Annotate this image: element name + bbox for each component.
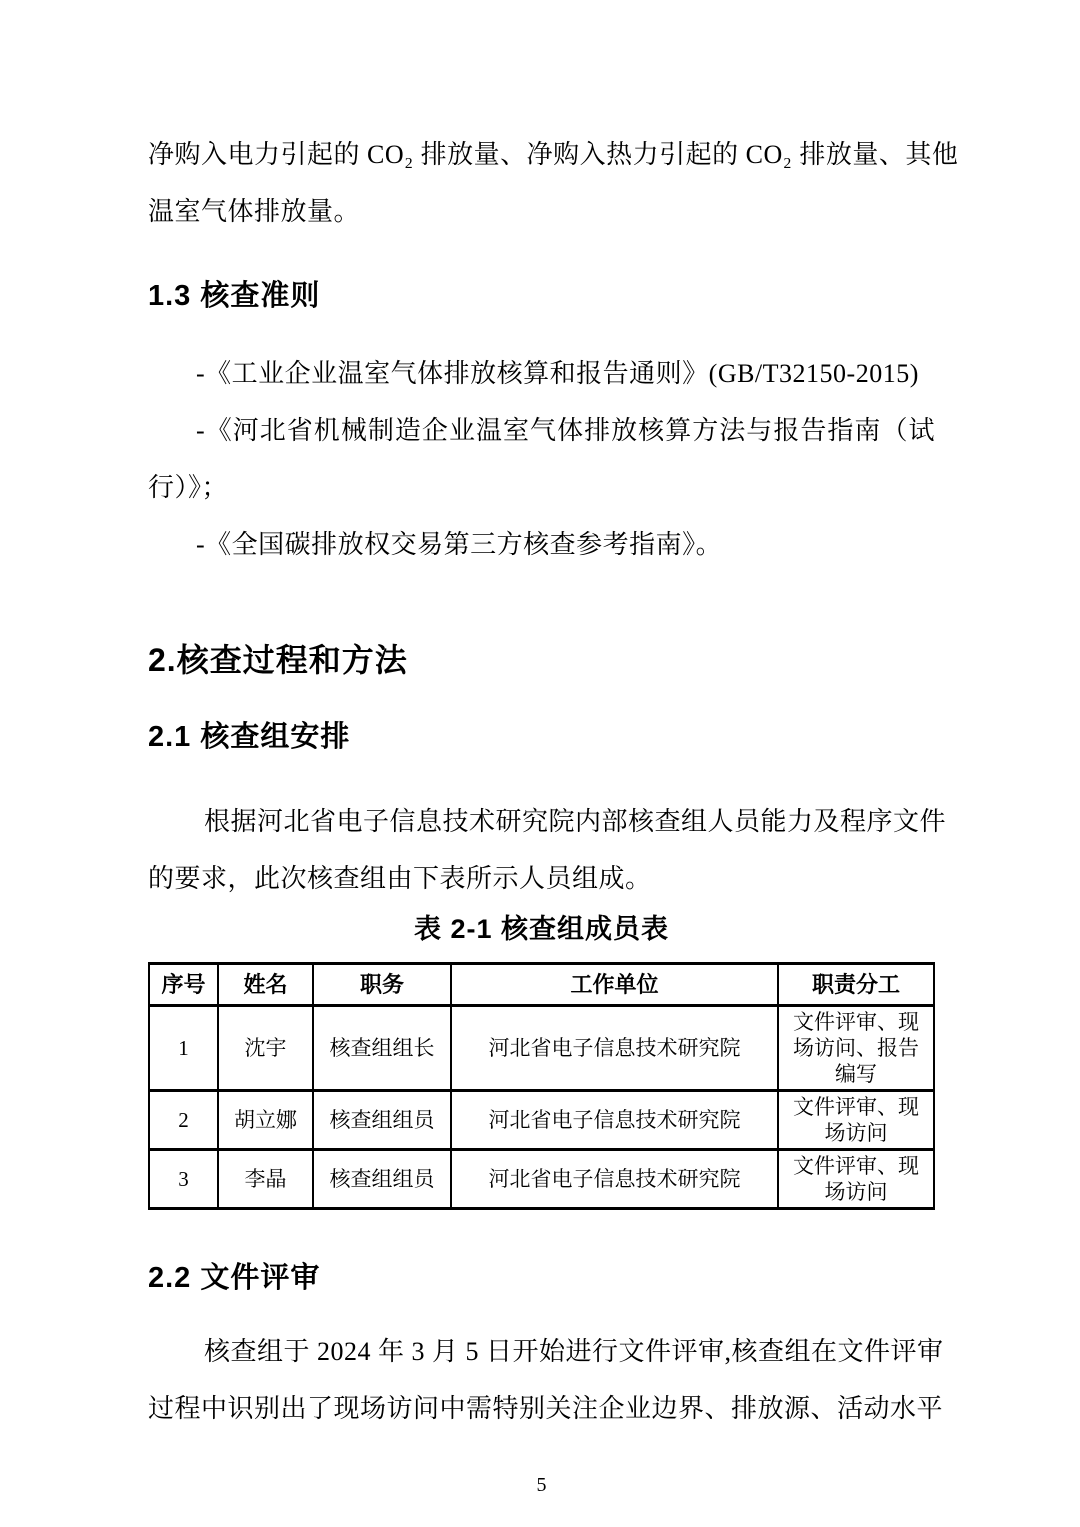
review-paragraph-line-2: 过程中识别出了现场访问中需特别关注企业边界、排放源、活动水平	[148, 1380, 935, 1437]
cell-duties: 文件评审、现场访问	[778, 1091, 934, 1150]
table-row: 2 胡立娜 核查组组员 河北省电子信息技术研究院 文件评审、现场访问	[149, 1091, 934, 1150]
document-page: 净购入电力引起的 CO₂ 排放量、净购入热力引起的 CO₂ 排放量、其他 温室气…	[0, 0, 1080, 1527]
section-heading-2-2: 2.2 文件评审	[148, 1260, 935, 1296]
section-heading-2-1: 2.1 核查组安排	[148, 719, 935, 755]
cell-name: 胡立娜	[218, 1091, 313, 1150]
intro-paragraph-line-2: 温室气体排放量。	[148, 183, 935, 240]
review-paragraph-line-1: 核查组于 2024 年 3 月 5 日开始进行文件评审,核查组在文件评审	[148, 1323, 935, 1380]
table-row: 1 沈宇 核查组组长 河北省电子信息技术研究院 文件评审、现场访问、报告编写	[149, 1006, 934, 1091]
cell-role: 核查组组员	[313, 1091, 451, 1150]
cell-role: 核查组组员	[313, 1150, 451, 1209]
cell-name: 李晶	[218, 1150, 313, 1209]
criteria-item-3: -《全国碳排放权交易第三方核查参考指南》。	[148, 516, 935, 573]
cell-index: 1	[149, 1006, 218, 1091]
intro-paragraph-line-1: 净购入电力引起的 CO₂ 排放量、净购入热力引起的 CO₂ 排放量、其他	[148, 126, 935, 183]
cell-organization: 河北省电子信息技术研究院	[451, 1150, 778, 1209]
header-cell-role: 职务	[313, 964, 451, 1006]
team-paragraph-line-2: 的要求，此次核查组由下表所示人员组成。	[148, 850, 935, 907]
members-table: 序号 姓名 职务 工作单位 职责分工 1 沈宇 核查组组长 河北省电子信息技术研…	[148, 962, 935, 1210]
cell-name: 沈宇	[218, 1006, 313, 1091]
table-row: 3 李晶 核查组组员 河北省电子信息技术研究院 文件评审、现场访问	[149, 1150, 934, 1209]
cell-duties: 文件评审、现场访问	[778, 1150, 934, 1209]
cell-index: 3	[149, 1150, 218, 1209]
table-title: 表 2-1 核查组成员表	[148, 912, 935, 946]
section-heading-1-3: 1.3 核查准则	[148, 278, 935, 314]
page-number: 5	[148, 1473, 935, 1497]
table-header-row: 序号 姓名 职务 工作单位 职责分工	[149, 964, 934, 1006]
criteria-item-2-line-1: -《河北省机械制造企业温室气体排放核算方法与报告指南（试	[148, 402, 935, 459]
cell-organization: 河北省电子信息技术研究院	[451, 1091, 778, 1150]
header-cell-name: 姓名	[218, 964, 313, 1006]
header-cell-duties: 职责分工	[778, 964, 934, 1006]
cell-duties: 文件评审、现场访问、报告编写	[778, 1006, 934, 1091]
header-cell-organization: 工作单位	[451, 964, 778, 1006]
header-cell-index: 序号	[149, 964, 218, 1006]
criteria-item-1: -《工业企业温室气体排放核算和报告通则》(GB/T32150-2015)	[148, 345, 935, 402]
criteria-item-2-line-2: 行）》；	[148, 459, 935, 516]
cell-organization: 河北省电子信息技术研究院	[451, 1006, 778, 1091]
cell-index: 2	[149, 1091, 218, 1150]
team-paragraph-line-1: 根据河北省电子信息技术研究院内部核查组人员能力及程序文件	[148, 793, 935, 850]
section-heading-2: 2.核查过程和方法	[148, 640, 935, 680]
cell-role: 核查组组长	[313, 1006, 451, 1091]
